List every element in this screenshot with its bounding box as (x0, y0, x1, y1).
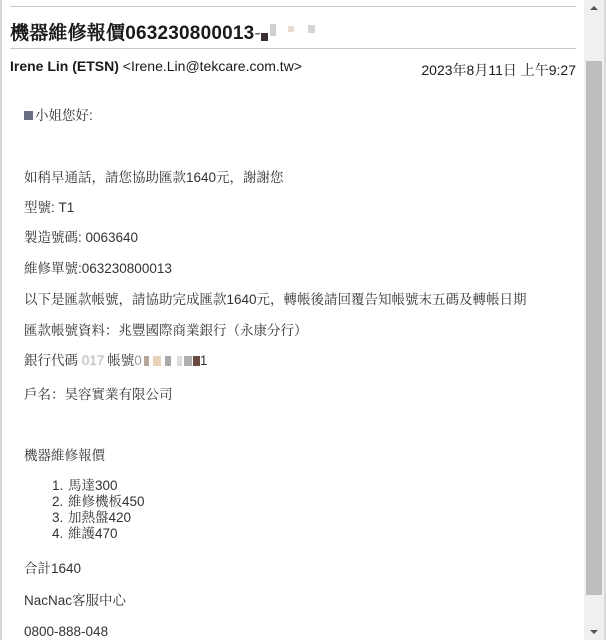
sender-name: Irene Lin (ETSN) (10, 58, 119, 74)
quote-item: 2.維修機板450 (52, 494, 145, 510)
item-label: 維修機板450 (68, 494, 145, 509)
scrollbar-thumb[interactable] (586, 61, 602, 595)
quote-total: 合計1640 (24, 561, 81, 577)
sender[interactable]: Irene Lin (ETSN) <Irene.Lin@tekcare.com.… (10, 58, 302, 74)
item-number: 1. (52, 478, 68, 494)
quote-item: 1.馬達300 (52, 478, 145, 494)
redacted-block (261, 33, 268, 41)
email-date: 2023年8月11日 上午9:27 (421, 60, 576, 80)
redacted-block (177, 356, 182, 366)
email-subject: 機器維修報價063230800013- (10, 18, 315, 45)
quote-item: 3.加熱盤420 (52, 510, 145, 526)
greeting-text: 小姐您好: (35, 108, 93, 123)
body-line-account-holder: 戶名：昊容實業有限公司 (24, 387, 173, 403)
quote-item: 4.維護470 (52, 526, 145, 542)
item-number: 3. (52, 510, 68, 526)
account-redacted: 0 (134, 353, 142, 368)
item-label: 馬達300 (68, 478, 118, 493)
redacted-block (308, 25, 315, 33)
account-tail: 1 (200, 353, 208, 368)
subject-text: 機器維修報價063230800013 (10, 23, 254, 44)
body-line-model: 型號: T1 (24, 200, 74, 216)
redacted-block (184, 356, 192, 366)
redacted-block (165, 356, 171, 366)
header-divider (10, 48, 576, 49)
quote-title: 機器維修報價 (24, 448, 105, 464)
body-line-bank-info: 匯款帳號資料：兆豐國際商業銀行（永康分行） (24, 323, 308, 339)
scroll-down-button[interactable] (584, 624, 604, 640)
arrow-down-icon (590, 630, 598, 634)
item-number: 2. (52, 494, 68, 510)
body-line-serial: 製造號碼: 0063640 (24, 230, 138, 246)
item-label: 加熱盤420 (68, 510, 131, 525)
body-line-account: 銀行代碼 017帳號01 (24, 353, 207, 369)
item-number: 4. (52, 526, 68, 542)
redacted-block (193, 356, 200, 366)
top-divider (10, 6, 576, 7)
body-line-transfer-note: 以下是匯款帳號，請協助完成匯款1640元，轉帳後請回覆告知帳號末五碼及轉帳日期 (24, 292, 527, 308)
redacted-name-block (24, 111, 33, 120)
arrow-up-icon (590, 6, 598, 10)
bank-code-redacted: 017 (82, 353, 105, 368)
quote-items-list: 1.馬達300 2.維修機板450 3.加熱盤420 4.維護470 (24, 478, 145, 542)
email-view: 機器維修報價063230800013- Irene Lin (ETSN) <Ir… (0, 0, 584, 640)
redacted-block (153, 356, 161, 366)
greeting-line: 小姐您好: (24, 108, 93, 124)
redacted-block (270, 24, 276, 36)
item-label: 維護470 (68, 526, 118, 541)
body-line-request: 如稍早通話，請您協助匯款1640元，謝謝您 (24, 170, 284, 186)
sender-email[interactable]: <Irene.Lin@tekcare.com.tw> (123, 58, 302, 74)
redacted-block (144, 356, 149, 366)
body-line-repair-no: 維修單號:063230800013 (24, 261, 172, 277)
redacted-block (288, 26, 294, 32)
account-label: 帳號 (107, 353, 134, 368)
phone: 0800-888-048 (24, 624, 108, 640)
signature: NacNac客服中心 (24, 593, 126, 609)
bank-code-label: 銀行代碼 (24, 353, 82, 368)
scroll-up-button[interactable] (584, 0, 604, 16)
vertical-scrollbar[interactable] (584, 0, 606, 640)
